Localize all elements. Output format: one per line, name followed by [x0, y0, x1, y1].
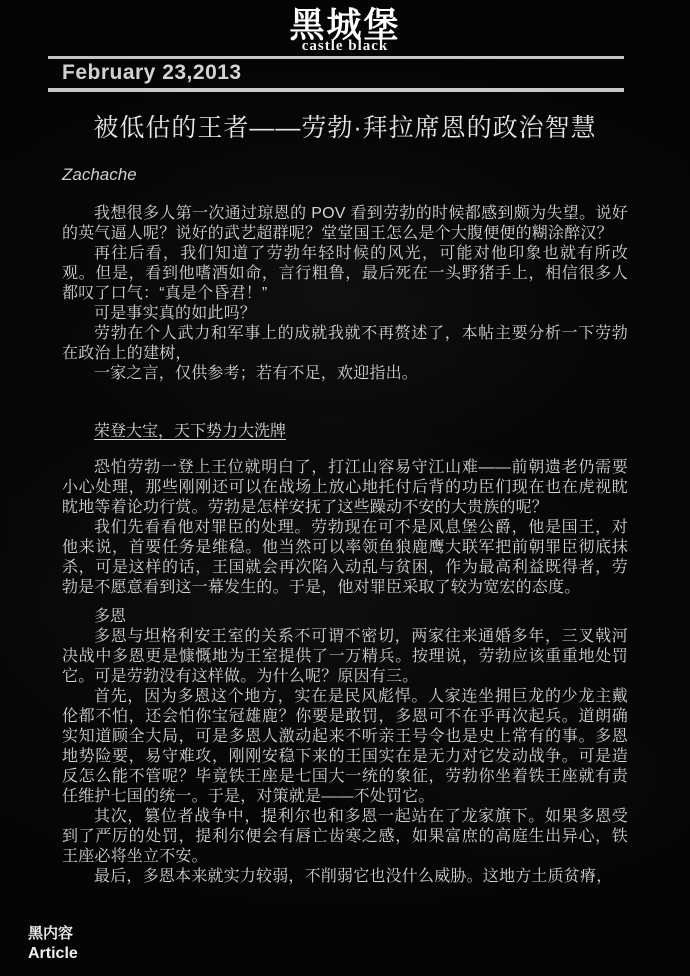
- section-heading: 荣登大宝，天下势力大洗牌: [62, 422, 628, 442]
- site-logo-en: castle black: [0, 40, 690, 53]
- paragraph: 多恩与坦格利安王室的关系不可谓不密切，两家往来通婚多年，三叉戟河决战中多恩更是慷…: [62, 627, 628, 687]
- paragraph: 恐怕劳勃一登上王位就明白了，打江山容易守江山难——前朝遗老仍需要小心处理，那些刚…: [62, 458, 628, 518]
- paragraph: 一家之言，仅供参考；若有不足，欢迎指出。: [62, 364, 628, 384]
- paragraph: 首先，因为多恩这个地方，实在是民风彪悍。人家连坐拥巨龙的少龙主戴伦都不怕，还会怕…: [62, 687, 628, 807]
- paragraph: 劳勃在个人武力和军事上的成就我就不再赘述了，本帖主要分析一下劳勃在政治上的建树，: [62, 324, 628, 364]
- article-body: 我想很多人第一次通过琼恩的 POV 看到劳勃的时候都感到颇为失望。说好的英气逼人…: [62, 204, 628, 887]
- post-date: February 23,2013: [62, 61, 242, 84]
- footer-category-cn: 黑内容: [28, 924, 78, 944]
- author-name: Zachache: [62, 165, 628, 185]
- paragraph: 其次，篡位者战争中，提利尔也和多恩一起站在了龙家旗下。如果多恩受到了严厉的处罚，…: [62, 807, 628, 867]
- paragraph: 我想很多人第一次通过琼恩的 POV 看到劳勃的时候都感到颇为失望。说好的英气逼人…: [62, 204, 628, 244]
- page-footer: 黑内容 Article: [28, 924, 78, 964]
- paragraph: 再往后看，我们知道了劳勃年轻时候的风光，可能对他印象也就有所改观。但是，看到他嗜…: [62, 244, 628, 304]
- date-bar: February 23,2013: [48, 56, 624, 92]
- article: 被低估的王者——劳勃·拜拉席恩的政治智慧 Zachache 我想很多人第一次通过…: [0, 92, 690, 887]
- subsection-heading: 多恩: [62, 607, 628, 627]
- paragraph: 可是事实真的如此吗？: [62, 304, 628, 324]
- footer-category-en: Article: [28, 944, 78, 964]
- site-header: 黑城堡 castle black: [0, 0, 690, 53]
- article-title: 被低估的王者——劳勃·拜拉席恩的政治智慧: [62, 113, 628, 143]
- paragraph: 我们先看看他对罪臣的处理。劳勃现在可不是风息堡公爵，他是国王，对他来说，首要任务…: [62, 518, 628, 598]
- paragraph: 最后，多恩本来就实力较弱，不削弱它也没什么威胁。这地方土质贫瘠，: [62, 867, 628, 887]
